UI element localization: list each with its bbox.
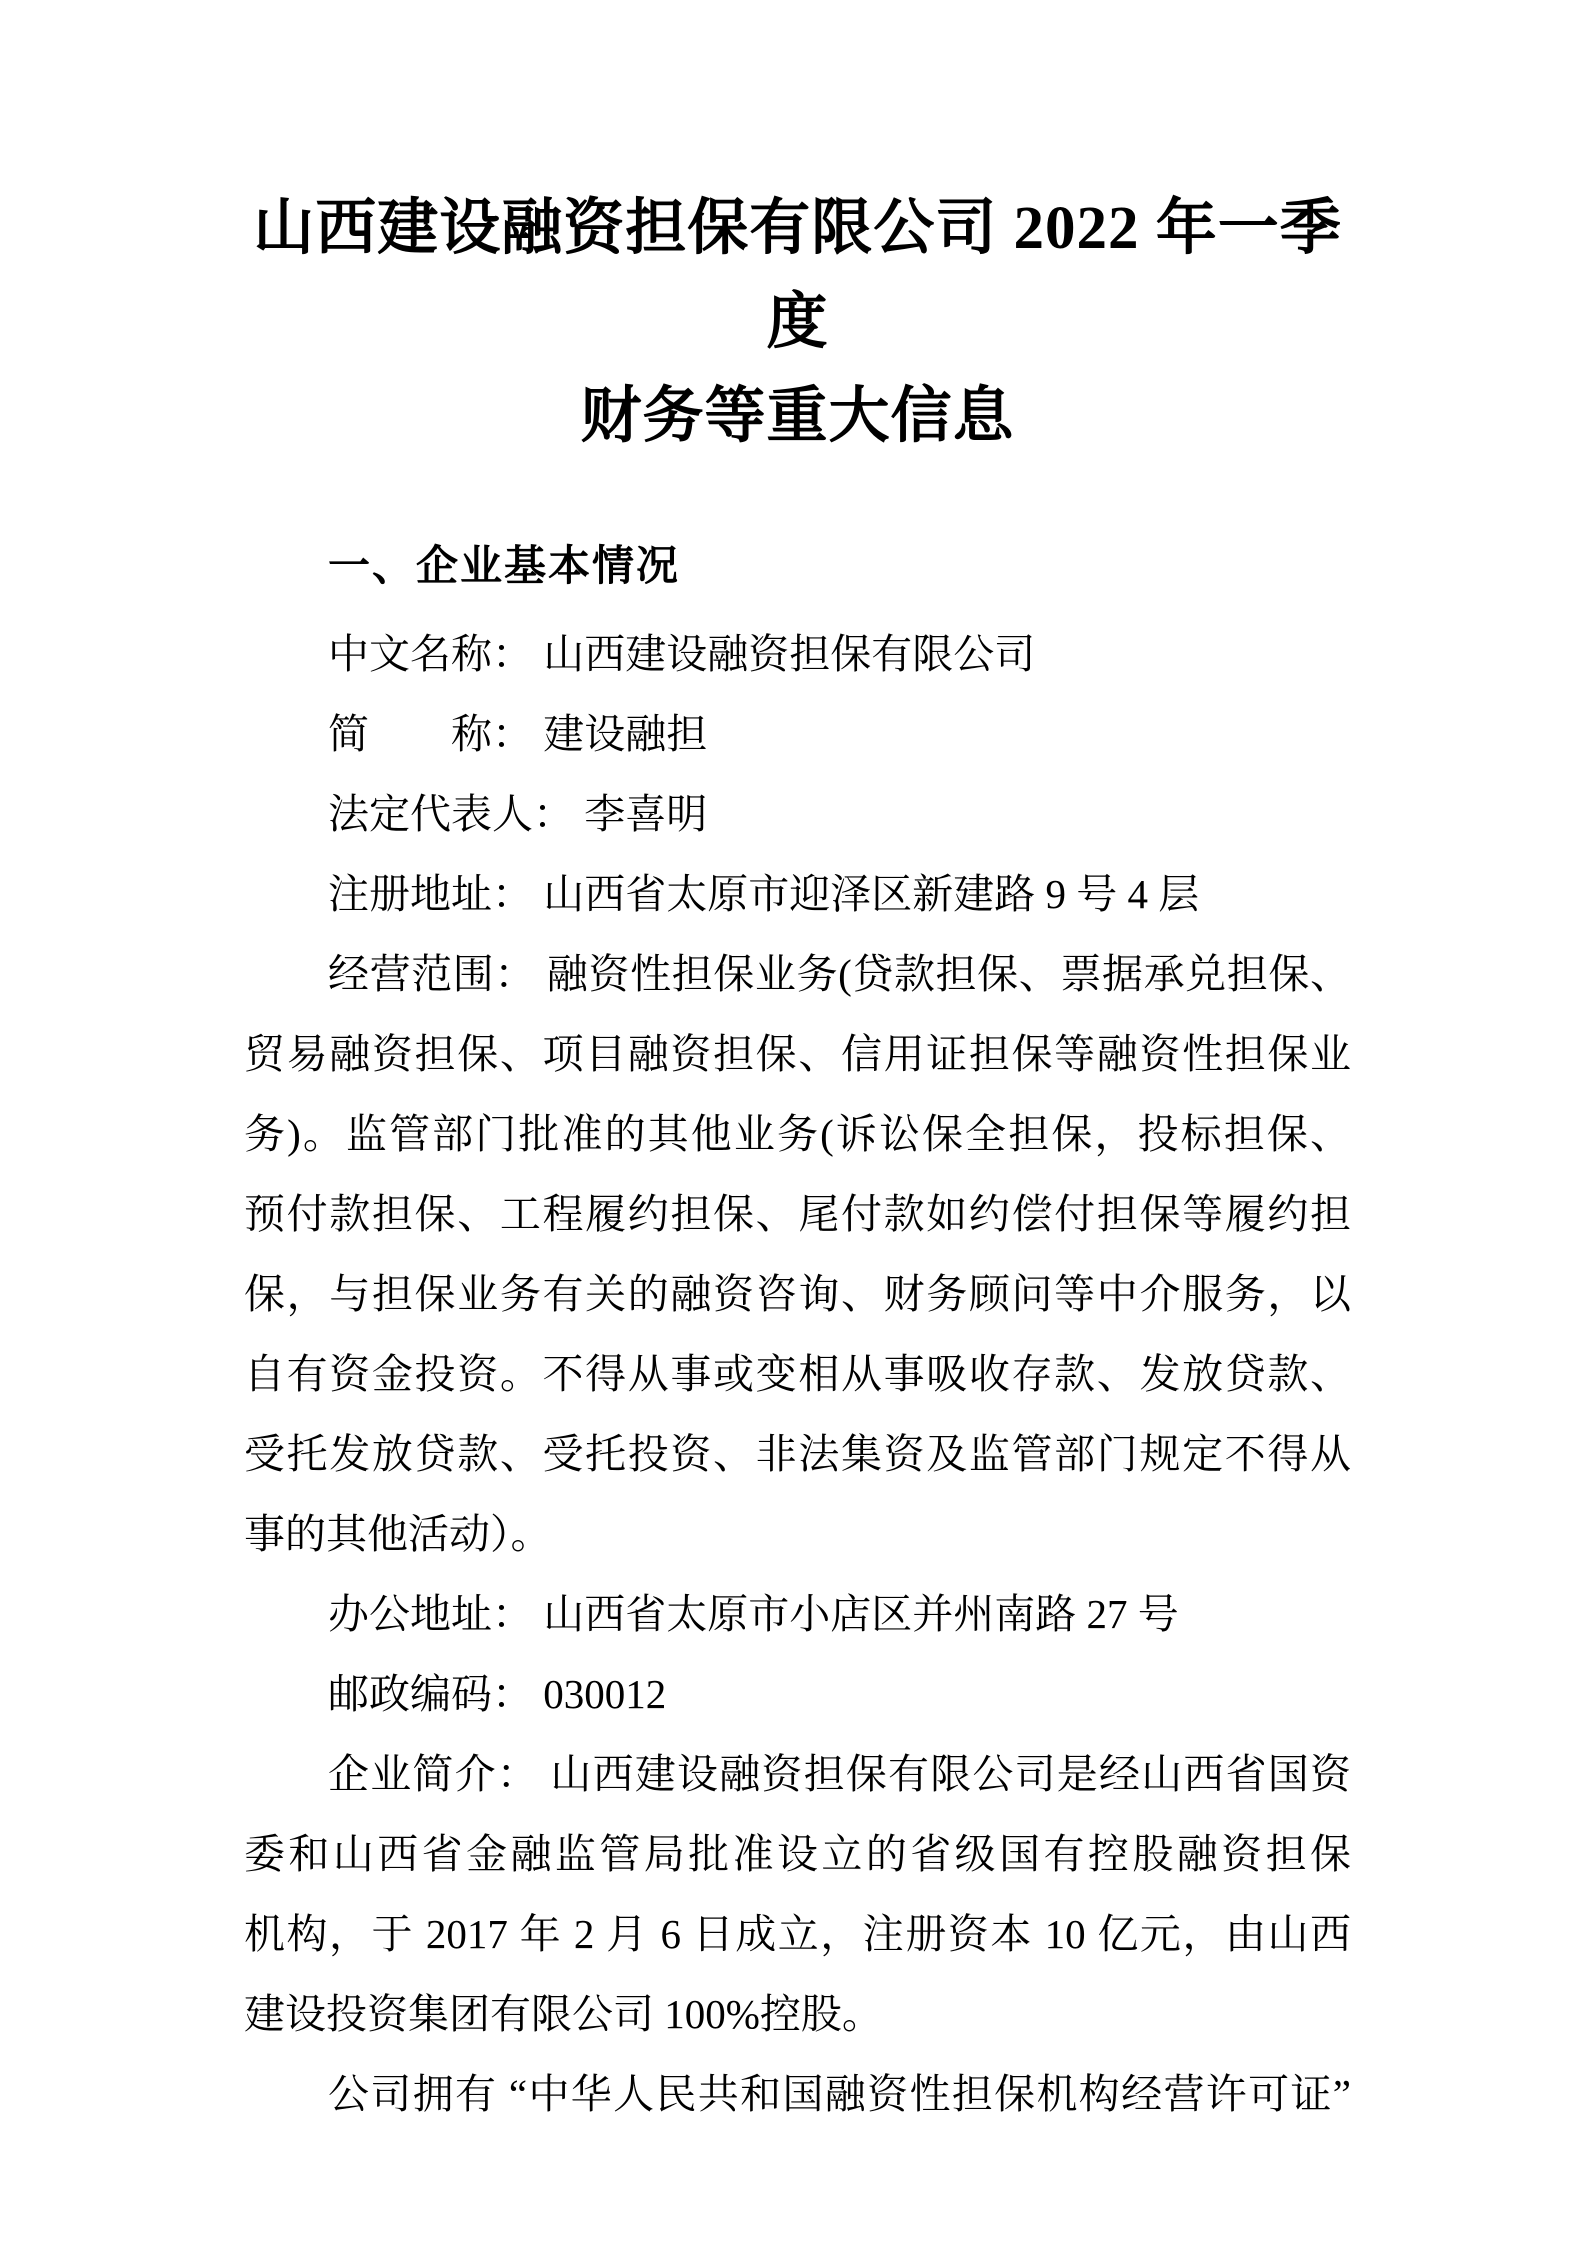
body-line: 建设投资集团有限公司 100%控股。: [244, 1974, 1351, 2054]
body-line: 预付款担保、工程履约担保、尾付款如约偿付担保等履约担: [244, 1174, 1351, 1254]
body-line: 受托发放贷款、受托投资、非法集资及监管部门规定不得从: [244, 1414, 1351, 1494]
body-line: 自有资金投资。不得从事或变相从事吸收存款、发放贷款、: [244, 1334, 1351, 1414]
body-line: 注册地址： 山西省太原市迎泽区新建路 9 号 4 层: [244, 854, 1351, 934]
document-title-line-2: 财务等重大信息: [244, 370, 1351, 464]
document-title: 山西建设融资担保有限公司 2022 年一季度 财务等重大信息: [244, 182, 1351, 464]
body-line: 邮政编码： 030012: [244, 1654, 1351, 1734]
body-line: 贸易融资担保、项目融资担保、信用证担保等融资性担保业: [244, 1014, 1351, 1094]
document-body: 中文名称： 山西建设融资担保有限公司 简 称： 建设融担 法定代表人： 李喜明 …: [244, 614, 1351, 2134]
document-title-line-1: 山西建设融资担保有限公司 2022 年一季度: [244, 182, 1351, 370]
document-page: 山西建设融资担保有限公司 2022 年一季度 财务等重大信息 一、企业基本情况 …: [0, 0, 1587, 2245]
body-line: 法定代表人： 李喜明: [244, 774, 1351, 854]
body-line: 事的其他活动）。: [244, 1494, 1351, 1574]
body-line: 机构，于 2017 年 2 月 6 日成立，注册资本 10 亿元，由山西: [244, 1894, 1351, 1974]
body-line: 中文名称： 山西建设融资担保有限公司: [244, 614, 1351, 694]
body-line: 公司拥有 “中华人民共和国融资性担保机构经营许可证”: [244, 2054, 1351, 2134]
body-line: 经营范围： 融资性担保业务(贷款担保、票据承兑担保、: [244, 934, 1351, 1014]
body-line: 办公地址： 山西省太原市小店区并州南路 27 号: [244, 1574, 1351, 1654]
text-column: 山西建设融资担保有限公司 2022 年一季度 财务等重大信息 一、企业基本情况 …: [244, 182, 1351, 2134]
body-line: 简 称： 建设融担: [244, 694, 1351, 774]
body-line: 委和山西省金融监管局批准设立的省级国有控股融资担保: [244, 1814, 1351, 1894]
body-line: 企业简介： 山西建设融资担保有限公司是经山西省国资: [244, 1734, 1351, 1814]
body-line: 保，与担保业务有关的融资咨询、财务顾问等中介服务，以: [244, 1254, 1351, 1334]
section-heading: 一、企业基本情况: [244, 526, 1351, 606]
body-line: 务)。监管部门批准的其他业务(诉讼保全担保，投标担保、: [244, 1094, 1351, 1174]
